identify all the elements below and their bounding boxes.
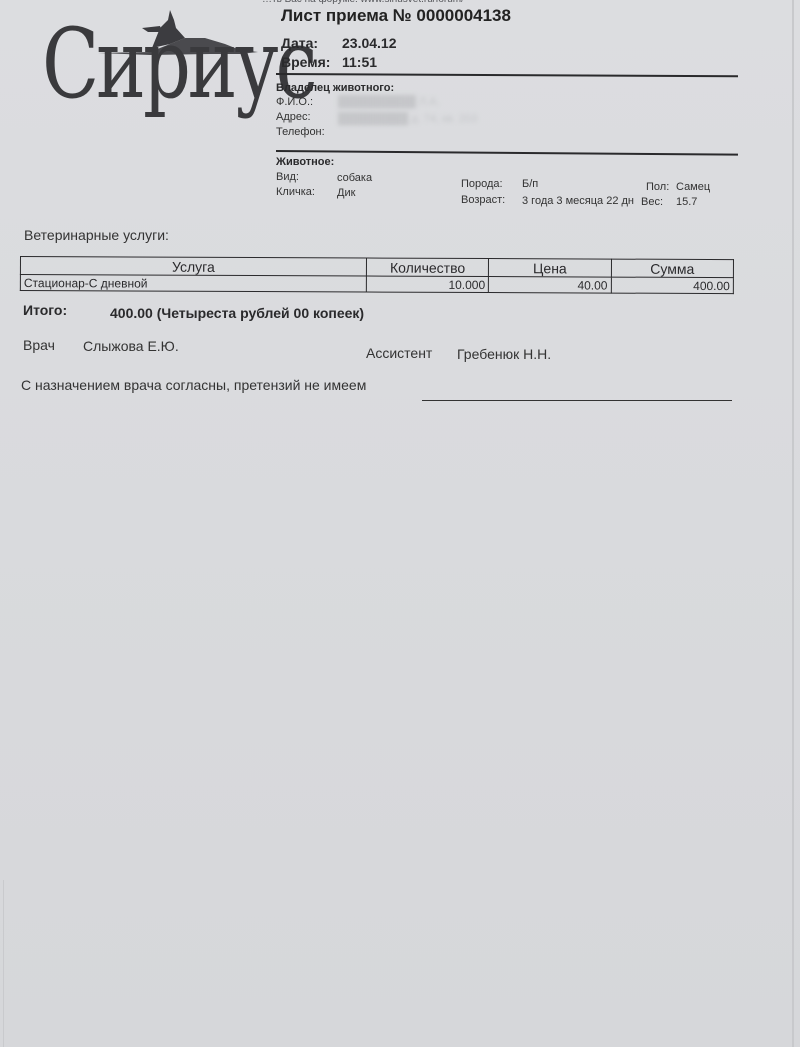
services-heading: Ветеринарные услуги: (24, 227, 169, 243)
date-label: Дата: (281, 35, 318, 51)
owner-heading: Владелец животного: (276, 82, 394, 94)
clinic-logo: Сириус (30, 0, 260, 196)
column-header-quantity: Количество (366, 258, 488, 277)
service-sum: 400.00 (611, 277, 733, 294)
owner-address-label: Адрес: (276, 111, 311, 123)
table-row: Стационар-С дневной 10.000 40.00 400.00 (20, 275, 733, 294)
date-value: 23.04.12 (342, 35, 397, 51)
total-label: Итого: (23, 302, 67, 318)
species-label: Вид: (276, 171, 299, 183)
total-value: 400.00 (Четыреста рублей 00 копеек) (110, 305, 364, 321)
service-quantity: 10.000 (366, 276, 488, 293)
time-value: 11:51 (342, 54, 377, 70)
document-title: Лист приема № 0000004138 (281, 6, 511, 26)
column-header-sum: Сумма (611, 259, 733, 278)
doctor-value: Слыжова Е.Ю. (83, 338, 179, 354)
time-label: Время: (281, 54, 330, 70)
service-price: 40.00 (489, 277, 611, 294)
forum-note: …ть Вас на форуме: www.siriusvet.ru/foru… (262, 0, 464, 5)
divider (276, 150, 738, 156)
assistant-label: Ассистент (366, 345, 432, 361)
age-value: 3 года 3 месяца 22 дн (522, 195, 634, 207)
logo-text: Сириус (42, 16, 314, 112)
consent-text: С назначением врача согласны, претензий … (21, 377, 366, 393)
sex-value: Самец (676, 181, 710, 193)
owner-phone-label: Телефон: (276, 126, 325, 138)
breed-value: Б/п (522, 178, 538, 190)
doctor-label: Врач (23, 337, 55, 353)
breed-label: Порода: (461, 178, 503, 190)
animal-heading: Животное: (276, 156, 334, 168)
services-table: Услуга Количество Цена Сумма Стационар-С… (20, 256, 734, 294)
owner-address-value: █████████ д. 74, кв. 203 (338, 113, 477, 125)
page-edge (3, 880, 4, 1047)
service-name: Стационар-С дневной (20, 275, 366, 293)
assistant-value: Гребенюк Н.Н. (457, 346, 551, 362)
signature-line (422, 400, 732, 401)
pet-name-label: Кличка: (276, 186, 315, 198)
divider (276, 73, 738, 77)
weight-label: Вес: (641, 196, 663, 208)
pet-name-value: Дик (337, 187, 355, 199)
weight-value: 15.7 (676, 196, 697, 208)
owner-name-value: ██████████ Л.А. (338, 96, 440, 108)
owner-name-label: Ф.И.О.: (276, 96, 313, 108)
document-page: …ть Вас на форуме: www.siriusvet.ru/foru… (0, 0, 800, 1047)
age-label: Возраст: (461, 194, 505, 206)
page-edge (792, 0, 794, 1047)
sex-label: Пол: (646, 181, 669, 193)
species-value: собака (337, 172, 372, 184)
column-header-service: Услуга (20, 257, 366, 277)
column-header-price: Цена (489, 259, 611, 278)
